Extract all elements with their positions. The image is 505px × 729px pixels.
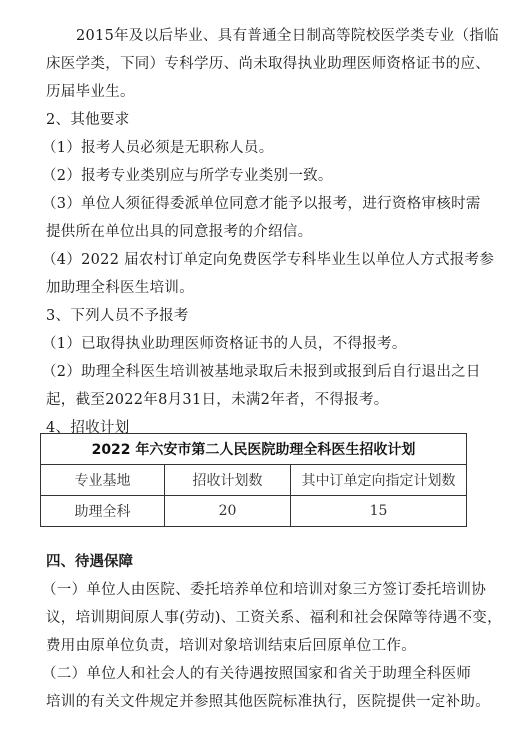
- requirement-item-1: （1）报考人员必须是无职称人员。: [42, 134, 466, 162]
- benefit-item-2-line-2: 培训的有关文件规定并参照其他医院标准执行，医院提供一定补助。: [46, 688, 476, 716]
- requirement-item-3-line-2: 提供所在单位出具的同意报考的介绍信。: [46, 218, 466, 246]
- table-row: 助理全科 20 15: [41, 496, 467, 527]
- excluded-item-2-line-1: （2）助理全科医生培训被基地录取后未报到或报到后自行退出之日: [42, 358, 466, 386]
- header-targeted-count: 其中订单定向指定计划数: [291, 465, 467, 496]
- heading-other-requirements: 2、其他要求: [46, 106, 466, 134]
- paragraph-graduation-line-2: 床医学类，下同）专科学历、尚未取得执业助理医师资格证书的应、: [46, 50, 466, 78]
- table-title: 2022 年六安市第二人民医院助理全科医生招收计划: [41, 434, 467, 465]
- cell-plan-count: 20: [165, 496, 291, 527]
- table-title-row: 2022 年六安市第二人民医院助理全科医生招收计划: [41, 434, 467, 465]
- recruitment-plan-table: 2022 年六安市第二人民医院助理全科医生招收计划 专业基地 招收计划数 其中订…: [40, 433, 467, 527]
- section-benefits: 四、待遇保障 （一）单位人由医院、委托培养单位和培训对象三方签订委托培训协 议，…: [46, 548, 476, 716]
- requirement-item-2: （2）报考专业类别应与所学专业类别一致。: [42, 162, 466, 190]
- paragraph-graduation-line-3: 历届毕业生。: [46, 78, 466, 106]
- benefit-item-2-line-1: （二）单位人和社会人的有关待遇按照国家和省关于助理全科医师: [42, 660, 476, 688]
- heading-excluded-applicants: 3、下列人员不予报考: [46, 302, 466, 330]
- benefit-item-1-line-2: 议，培训期间原人事(劳动)、工资关系、福利和社会保障等待遇不变，: [46, 604, 476, 632]
- paragraph-graduation-line-1: 2015年及以后毕业、具有普通全日制高等院校医学类专业（指临: [46, 22, 466, 50]
- cell-targeted-count: 15: [291, 496, 467, 527]
- document-body: 2015年及以后毕业、具有普通全日制高等院校医学类专业（指临 床医学类，下同）专…: [46, 22, 466, 442]
- excluded-item-2-line-2: 起，截至2022年8月31日，未满2年者，不得报考。: [46, 386, 466, 414]
- header-plan-count: 招收计划数: [165, 465, 291, 496]
- cell-specialty: 助理全科: [41, 496, 165, 527]
- benefit-item-1-line-3: 费用由原单位负责，培训对象培训结束后回原单位工作。: [46, 632, 476, 660]
- table-header-row: 专业基地 招收计划数 其中订单定向指定计划数: [41, 465, 467, 496]
- excluded-item-1: （1）已取得执业助理医师资格证书的人员，不得报考。: [42, 330, 466, 358]
- requirement-item-4-line-1: （4）2022 届农村订单定向免费医学专科毕业生以单位人方式报考参: [42, 246, 466, 274]
- benefit-item-1-line-1: （一）单位人由医院、委托培养单位和培训对象三方签订委托培训协: [42, 576, 476, 604]
- requirement-item-3-line-1: （3）单位人须征得委派单位同意才能予以报考，进行资格审核时需: [42, 190, 466, 218]
- heading-benefits: 四、待遇保障: [46, 548, 476, 576]
- requirement-item-4-line-2: 加助理全科医生培训。: [46, 274, 466, 302]
- header-specialty-base: 专业基地: [41, 465, 165, 496]
